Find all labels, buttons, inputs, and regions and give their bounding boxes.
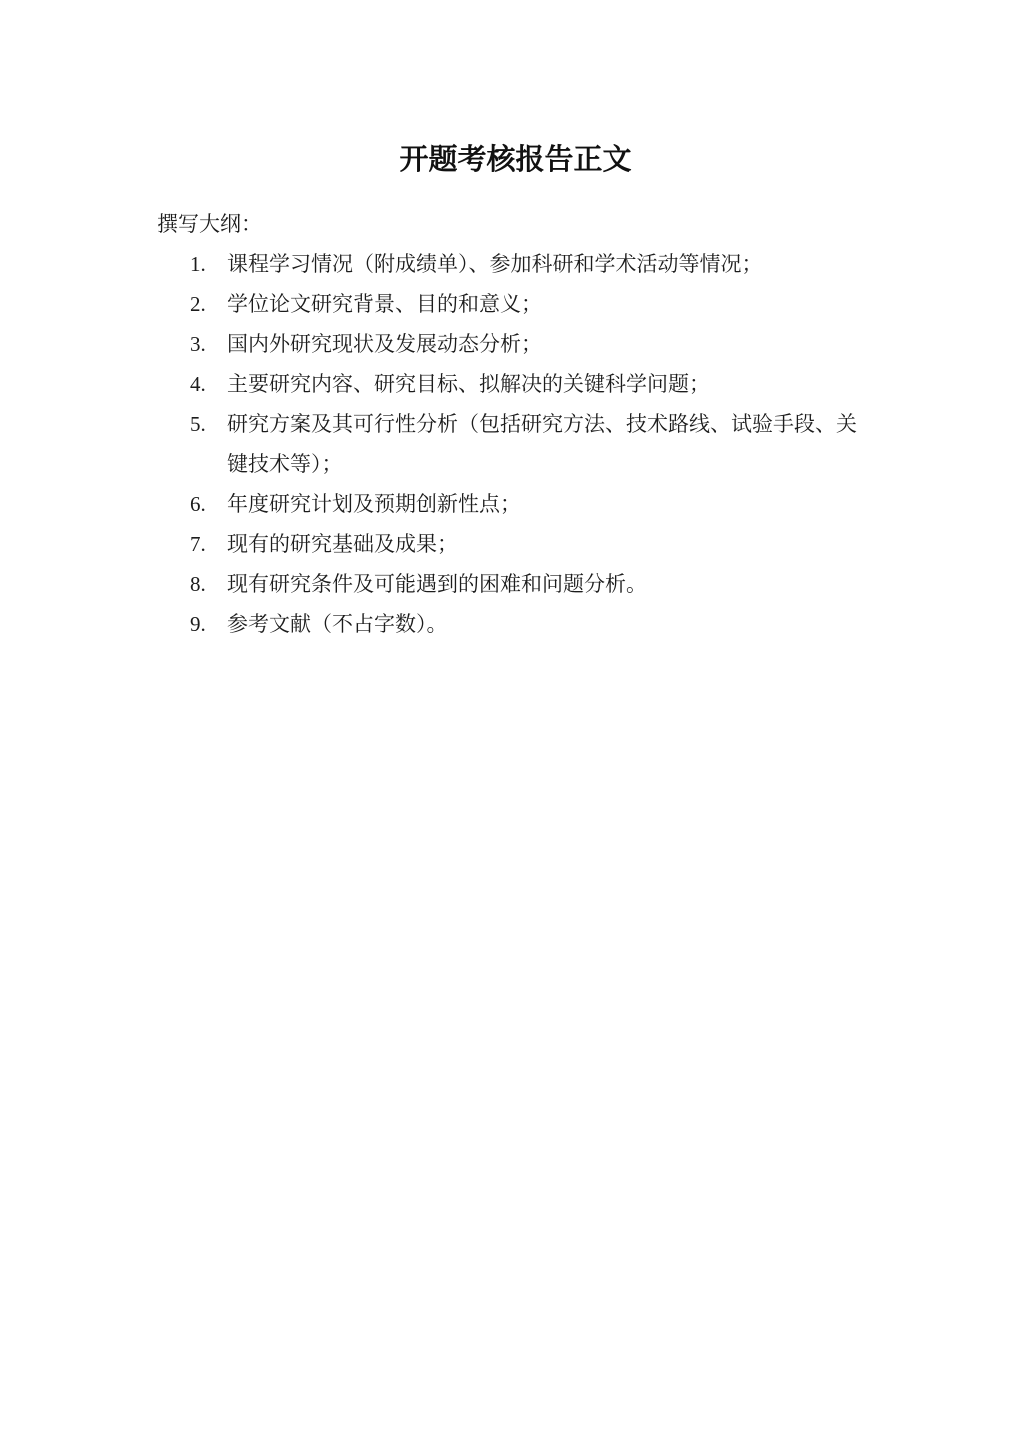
item-number: 9. bbox=[190, 604, 227, 644]
outline-item: 9. 参考文献（不占字数）。 bbox=[157, 604, 874, 644]
outline-item: 4. 主要研究内容、研究目标、拟解决的关键科学问题； bbox=[157, 364, 874, 404]
item-text: 课程学习情况（附成绩单）、参加科研和学术活动等情况； bbox=[227, 244, 874, 284]
item-text: 现有研究条件及可能遇到的困难和问题分析。 bbox=[227, 564, 874, 604]
item-number: 5. bbox=[190, 404, 227, 444]
item-number: 6. bbox=[190, 484, 227, 524]
outline-list: 1. 课程学习情况（附成绩单）、参加科研和学术活动等情况； 2. 学位论文研究背… bbox=[157, 244, 874, 644]
item-text: 参考文献（不占字数）。 bbox=[227, 604, 874, 644]
item-number: 3. bbox=[190, 324, 227, 364]
item-text: 主要研究内容、研究目标、拟解决的关键科学问题； bbox=[227, 364, 874, 404]
item-number: 8. bbox=[190, 564, 227, 604]
item-text: 国内外研究现状及发展动态分析； bbox=[227, 324, 874, 364]
outline-item: 1. 课程学习情况（附成绩单）、参加科研和学术活动等情况； bbox=[157, 244, 874, 284]
outline-item: 6. 年度研究计划及预期创新性点； bbox=[157, 484, 874, 524]
outline-item: 2. 学位论文研究背景、目的和意义； bbox=[157, 284, 874, 324]
item-number: 7. bbox=[190, 524, 227, 564]
item-number: 4. bbox=[190, 364, 227, 404]
document-page: 开题考核报告正文 撰写大纲： 1. 课程学习情况（附成绩单）、参加科研和学术活动… bbox=[0, 0, 1024, 1448]
item-text: 学位论文研究背景、目的和意义； bbox=[227, 284, 874, 324]
outline-label: 撰写大纲： bbox=[157, 204, 874, 244]
document-title: 开题考核报告正文 bbox=[157, 139, 874, 181]
outline-item: 7. 现有的研究基础及成果； bbox=[157, 524, 874, 564]
document-content: 开题考核报告正文 撰写大纲： 1. 课程学习情况（附成绩单）、参加科研和学术活动… bbox=[157, 139, 874, 644]
item-number: 1. bbox=[190, 244, 227, 284]
item-number: 2. bbox=[190, 284, 227, 324]
outline-item: 3. 国内外研究现状及发展动态分析； bbox=[157, 324, 874, 364]
item-text: 研究方案及其可行性分析（包括研究方法、技术路线、试验手段、关键技术等）； bbox=[227, 404, 874, 484]
item-text: 现有的研究基础及成果； bbox=[227, 524, 874, 564]
outline-item: 8. 现有研究条件及可能遇到的困难和问题分析。 bbox=[157, 564, 874, 604]
outline-item: 5. 研究方案及其可行性分析（包括研究方法、技术路线、试验手段、关键技术等）； bbox=[157, 404, 874, 484]
item-text: 年度研究计划及预期创新性点； bbox=[227, 484, 874, 524]
